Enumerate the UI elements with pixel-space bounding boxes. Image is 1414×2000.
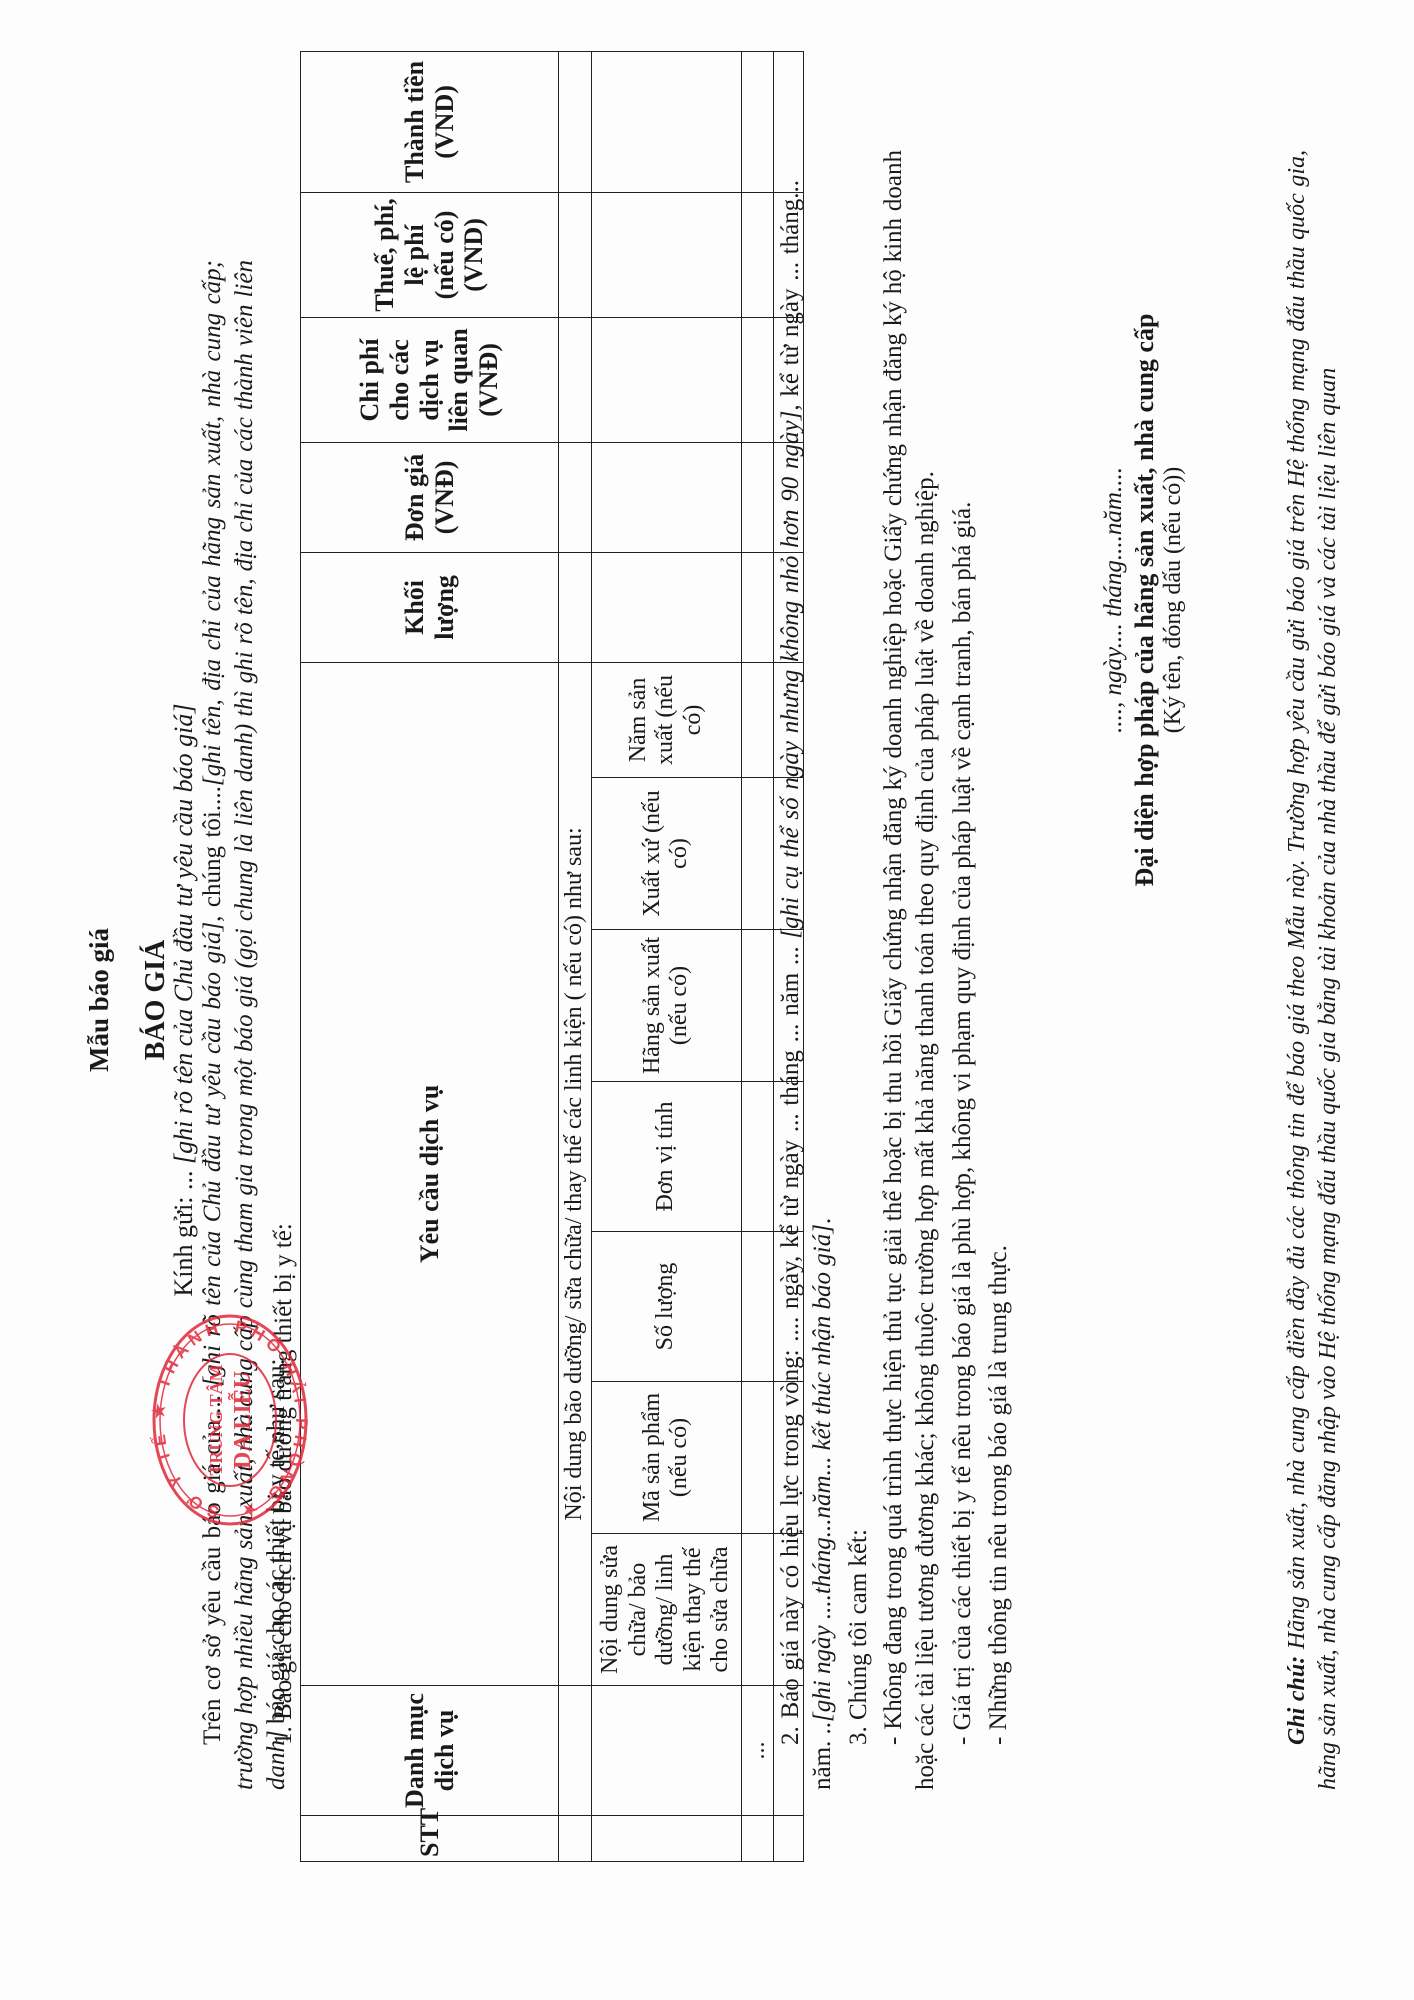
table-cell — [741, 662, 774, 777]
table-cell — [741, 1232, 774, 1382]
intro-text-2: , chúng tôi.... — [199, 786, 226, 922]
cell — [559, 442, 592, 552]
table-cell — [741, 778, 774, 930]
table-cell — [741, 930, 774, 1082]
table-cell — [741, 1816, 774, 1862]
header-total: Thành tiền (VND) — [301, 51, 559, 192]
commitment-item: - Những thông tin nêu trong báo giá là t… — [983, 150, 1015, 1790]
header-volume: Khối lượng — [301, 552, 559, 662]
table-cell — [774, 1816, 804, 1862]
validity-text-1: 2. Báo giá này có hiệu lực trong vòng: .… — [777, 939, 804, 1745]
addressee-prefix: Kính gửi: ... — [169, 1164, 198, 1297]
section-1-heading: 1. Báo giá cho dịch vụ bảo dưỡng trang t… — [268, 1223, 300, 1745]
table-cell — [741, 442, 774, 552]
cell — [591, 1816, 741, 1862]
footnote: Ghi chú: Hãng sản xuất, nhà cung cấp điề… — [1282, 150, 1343, 1790]
document-page: Mẫu báo giá BÁO GIÁ Kính gửi: ... [ghi r… — [0, 0, 1414, 2000]
cell — [559, 552, 592, 662]
section-2-validity: 2. Báo giá này có hiệu lực trong vòng: .… — [775, 180, 839, 1790]
cell — [559, 1816, 592, 1862]
header-taxes-fees: Thuế, phí, lệ phí (nếu có) (VND) — [301, 192, 559, 317]
header-related-costs: Chi phí cho các dịch vụ liên quan (VNĐ) — [301, 317, 559, 442]
validity-text-3: . — [809, 1218, 836, 1224]
table-cell — [741, 1382, 774, 1534]
signature-note: (Ký tên, đóng dấu (nếu có)) — [1158, 100, 1189, 1100]
table-cell — [741, 552, 774, 662]
form-label: Mẫu báo giá — [82, 0, 117, 2000]
table-cell — [741, 1534, 774, 1686]
subheader-quantity: Số lượng — [591, 1232, 741, 1382]
intro-text-1: Trên cơ sở yêu cầu báo giá của.... — [199, 1387, 226, 1745]
footnote-label: Ghi chú: — [1284, 1656, 1310, 1745]
addressee-hint: [ghi rõ tên của Chủ đầu tư yêu cầu báo g… — [169, 703, 198, 1163]
subheader-origin: Xuất xứ (nếu có) — [591, 778, 741, 930]
subheader-manufacturer: Hãng sản xuất (nếu có) — [591, 930, 741, 1082]
header-stt: STT — [301, 1816, 559, 1862]
table-cell — [741, 51, 774, 192]
table-cell: ... — [741, 1686, 774, 1816]
commitment-item: - Giá trị của các thiết bị y tế nêu tron… — [947, 150, 979, 1790]
section-3-heading: 3. Chúng tôi cam kết: — [843, 1529, 875, 1745]
intro-hint-1: [ghi rõ tên của Chủ đầu tư yêu cầu báo g… — [199, 922, 226, 1387]
cell — [591, 192, 741, 317]
signature-date: ...., ngày.... tháng....năm.... — [1098, 100, 1130, 1100]
cell — [559, 51, 592, 192]
group-header-maintenance: Nội dung bão dưỡng/ sữa chữa/ thay thế c… — [559, 662, 592, 1685]
table-cell — [741, 317, 774, 442]
validity-hint-2: [ghi ngày ....tháng...năm... kết thúc nh… — [809, 1224, 836, 1722]
subheader-unit: Đơn vị tính — [591, 1082, 741, 1232]
header-service-requirements: Yêu cầu dịch vụ — [301, 662, 559, 1685]
table-cell — [774, 51, 804, 192]
quote-table: STT Danh mục dịch vụ Yêu cầu dịch vụ Khố… — [300, 51, 804, 1862]
cell — [559, 317, 592, 442]
cell — [591, 552, 741, 662]
subheader-year: Năm sản xuất (nếu có) — [591, 662, 741, 777]
table-cell — [741, 192, 774, 317]
signature-title: Đại diện hợp pháp của hãng sản xuất, nhà… — [1128, 100, 1161, 1100]
cell — [591, 317, 741, 442]
validity-hint-1: [ghi cụ thể số ngày nhưng không nhỏ hơn … — [777, 411, 804, 939]
table-row: ... — [741, 51, 774, 1861]
footnote-text: Hãng sản xuất, nhà cung cấp điền đầy đủ … — [1284, 150, 1341, 1790]
subheader-repair-content: Nội dung sửa chữa/ bảo dưỡng/ linh kiện … — [591, 1534, 741, 1686]
cell — [559, 192, 592, 317]
subheader-product-code: Mã sản phẩm (nếu có) — [591, 1382, 741, 1534]
table-cell — [741, 1082, 774, 1232]
addressee-line: Kính gửi: ... [ghi rõ tên của Chủ đầu tư… — [167, 0, 200, 2000]
cell — [591, 51, 741, 192]
cell — [591, 442, 741, 552]
cell — [591, 1686, 741, 1816]
cell — [559, 1686, 592, 1816]
header-unit-price: Đơn giá (VNĐ) — [301, 442, 559, 552]
header-service-list: Danh mục dịch vụ — [301, 1686, 559, 1816]
commitment-item: - Không đang trong quá trình thực hiện t… — [878, 150, 942, 1790]
